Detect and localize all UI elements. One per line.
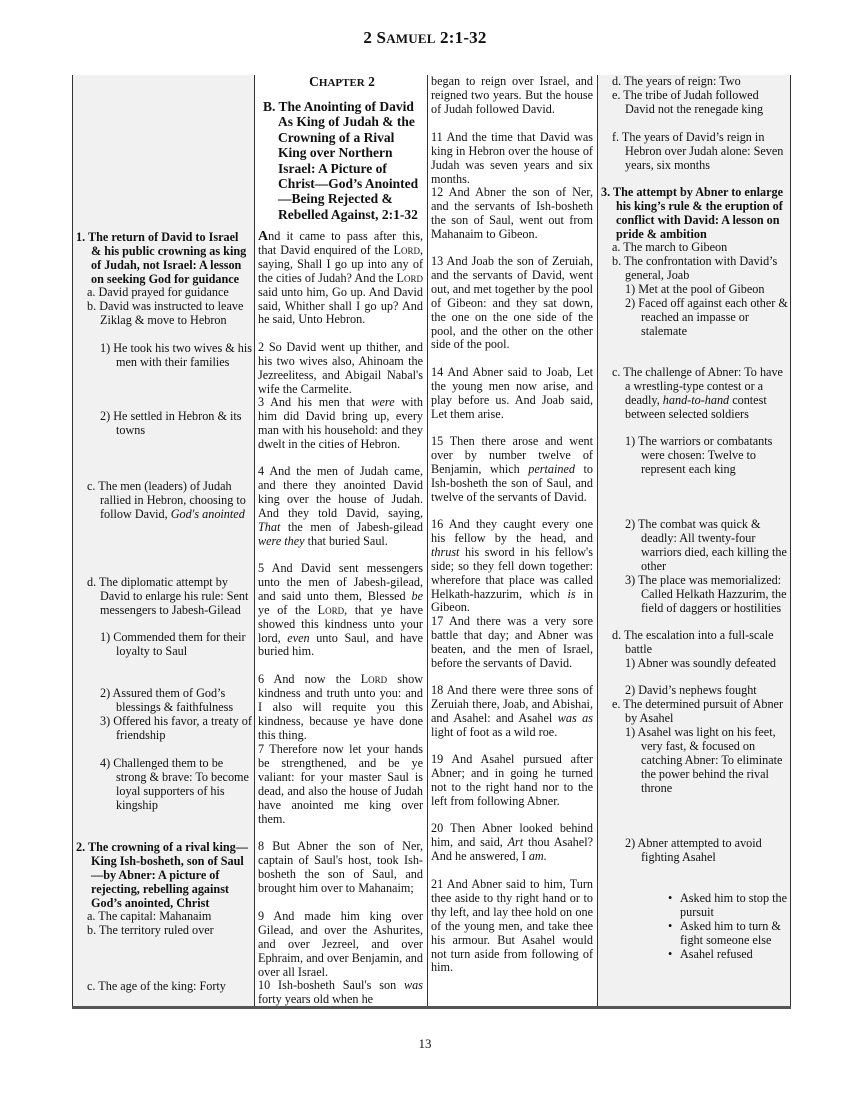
- commentary-table: 1. The return of David to Israel & his p…: [72, 75, 791, 1009]
- outline-subsub-3d2: 2) David’s nephews fought: [598, 684, 790, 698]
- outline-subsub-2: 2) He settled in Hebron & its towns: [73, 410, 254, 438]
- verse-10-start: 10 Ish-bosheth Saul's son was forty year…: [258, 979, 423, 1007]
- verse-12: 12 And Abner the son of Ner, and the ser…: [431, 186, 593, 242]
- outline-column-right: d. The years of reign: Two e. The tribe …: [598, 75, 791, 1006]
- outline-subsub-d4: 4) Challenged them to be strong & brave:…: [73, 757, 254, 813]
- verse-11: 11 And the time that David was king in H…: [431, 131, 593, 187]
- outline-sub-2e: e. The tribe of Judah followed David not…: [598, 89, 790, 117]
- verse-19: 19 And Asahel pursued after Abner; and i…: [431, 753, 593, 809]
- verse-21: 21 And Abner said to him, Turn thee asid…: [431, 878, 593, 975]
- bullet-icon: •: [668, 892, 672, 906]
- verse-5: 5 And David sent messengers unto the men…: [258, 562, 423, 659]
- outline-subsub-3c3: 3) The place was memorialized: Called He…: [598, 574, 790, 616]
- verse-9: 9 And made him king over Gilead, and ove…: [258, 910, 423, 980]
- outline-sub-3c: c. The challenge of Abner: To have a wre…: [598, 366, 790, 422]
- verse-2: 2 So David went up thither, and his two …: [258, 341, 423, 397]
- outline-sub-2a: a. The capital: Mahanaim: [73, 910, 254, 924]
- verse-3: 3 And his men that were with him did Dav…: [258, 396, 423, 452]
- section-heading: B. The Anointing of David As King of Jud…: [260, 99, 424, 222]
- outline-point-1: 1. The return of David to Israel & his p…: [73, 231, 254, 287]
- outline-subsub-3e1: 1) Asahel was light on his feet, very fa…: [598, 726, 790, 796]
- bullet-item: •Asked him to stop the pursuit: [598, 892, 790, 920]
- outline-sub-3d: d. The escalation into a full-scale batt…: [598, 629, 790, 657]
- outline-subsub-3b1: 1) Met at the pool of Gibeon: [598, 283, 790, 297]
- verse-17: 17 And there was a very sore battle that…: [431, 615, 593, 671]
- outline-sub-c: c. The men (leaders) of Judah rallied in…: [73, 480, 254, 522]
- outline-sub-b: b. David was instructed to leave Ziklag …: [73, 300, 254, 328]
- verse-14: 14 And Abner said to Joab, Let the young…: [431, 366, 593, 422]
- bullet-icon: •: [668, 948, 672, 962]
- verse-16: 16 And they caught every one his fellow …: [431, 518, 593, 615]
- verse-4: 4 And the men of Judah came, and there t…: [258, 465, 423, 548]
- scripture-column-2: began to reign over Israel, and reigned …: [427, 75, 598, 1006]
- bullet-item: •Asahel refused: [598, 948, 790, 962]
- verse-8: 8 But Abner the son of Ner, captain of S…: [258, 840, 423, 896]
- page-title: 2 SAMUEL 2:1-32: [0, 28, 850, 48]
- verse-1: And it came to pass after this, that Dav…: [258, 230, 423, 327]
- outline-sub-2b: b. The territory ruled over: [73, 924, 254, 938]
- bullet-item: •Asked him to turn & fight someone else: [598, 920, 790, 948]
- outline-sub-3b: b. The confrontation with David’s genera…: [598, 255, 790, 283]
- verse-10-end: began to reign over Israel, and reigned …: [431, 75, 593, 117]
- verse-15: 15 Then there arose and went over by num…: [431, 435, 593, 505]
- outline-subsub-d2: 2) Assured them of God’s blessings & fai…: [73, 687, 254, 715]
- outline-sub-2d: d. The years of reign: Two: [598, 75, 790, 89]
- outline-subsub-1: 1) He took his two wives & his men with …: [73, 342, 254, 370]
- verse-6: 6 And now the Lord show kindness and tru…: [258, 673, 423, 743]
- outline-subsub-3c1: 1) The warriors or combatants were chose…: [598, 435, 790, 477]
- outline-subsub-3b2: 2) Faced off against each other & reache…: [598, 297, 790, 339]
- outline-subsub-3e2: 2) Abner attempted to avoid fighting Asa…: [598, 837, 790, 865]
- verse-7: 7 Therefore now let your hands be streng…: [258, 743, 423, 826]
- outline-sub-3a: a. The march to Gibeon: [598, 241, 790, 255]
- bullet-icon: •: [668, 920, 672, 934]
- outline-subsub-3d1: 1) Abner was soundly defeated: [598, 657, 790, 671]
- verse-18: 18 And there were three sons of Zeruiah …: [431, 684, 593, 740]
- outline-sub-2f: f. The years of David’s reign in Hebron …: [598, 131, 790, 173]
- outline-subsub-3c2: 2) The combat was quick & deadly: All tw…: [598, 518, 790, 574]
- outline-column-left: 1. The return of David to Israel & his p…: [72, 75, 255, 1006]
- outline-point-3: 3. The attempt by Abner to enlarge his k…: [598, 186, 790, 242]
- page-number: 13: [0, 1036, 850, 1052]
- scripture-column-1: CHAPTER 2 B. The Anointing of David As K…: [255, 75, 427, 1006]
- outline-sub-3e: e. The determined pursuit of Abner by As…: [598, 698, 790, 726]
- outline-sub-a: a. David prayed for guidance: [73, 286, 254, 300]
- outline-point-2: 2. The crowning of a rival king—King Ish…: [73, 841, 254, 911]
- outline-subsub-d3: 3) Offered his favor, a treaty of friend…: [73, 715, 254, 743]
- verse-13: 13 And Joab the son of Zeruiah, and the …: [431, 255, 593, 352]
- verse-20: 20 Then Abner looked behind him, and sai…: [431, 822, 593, 864]
- outline-subsub-d1: 1) Commended them for their loyalty to S…: [73, 631, 254, 659]
- outline-sub-d: d. The diplomatic attempt by David to en…: [73, 576, 254, 618]
- chapter-heading: CHAPTER 2: [260, 75, 424, 91]
- outline-sub-2c: c. The age of the king: Forty: [73, 980, 254, 994]
